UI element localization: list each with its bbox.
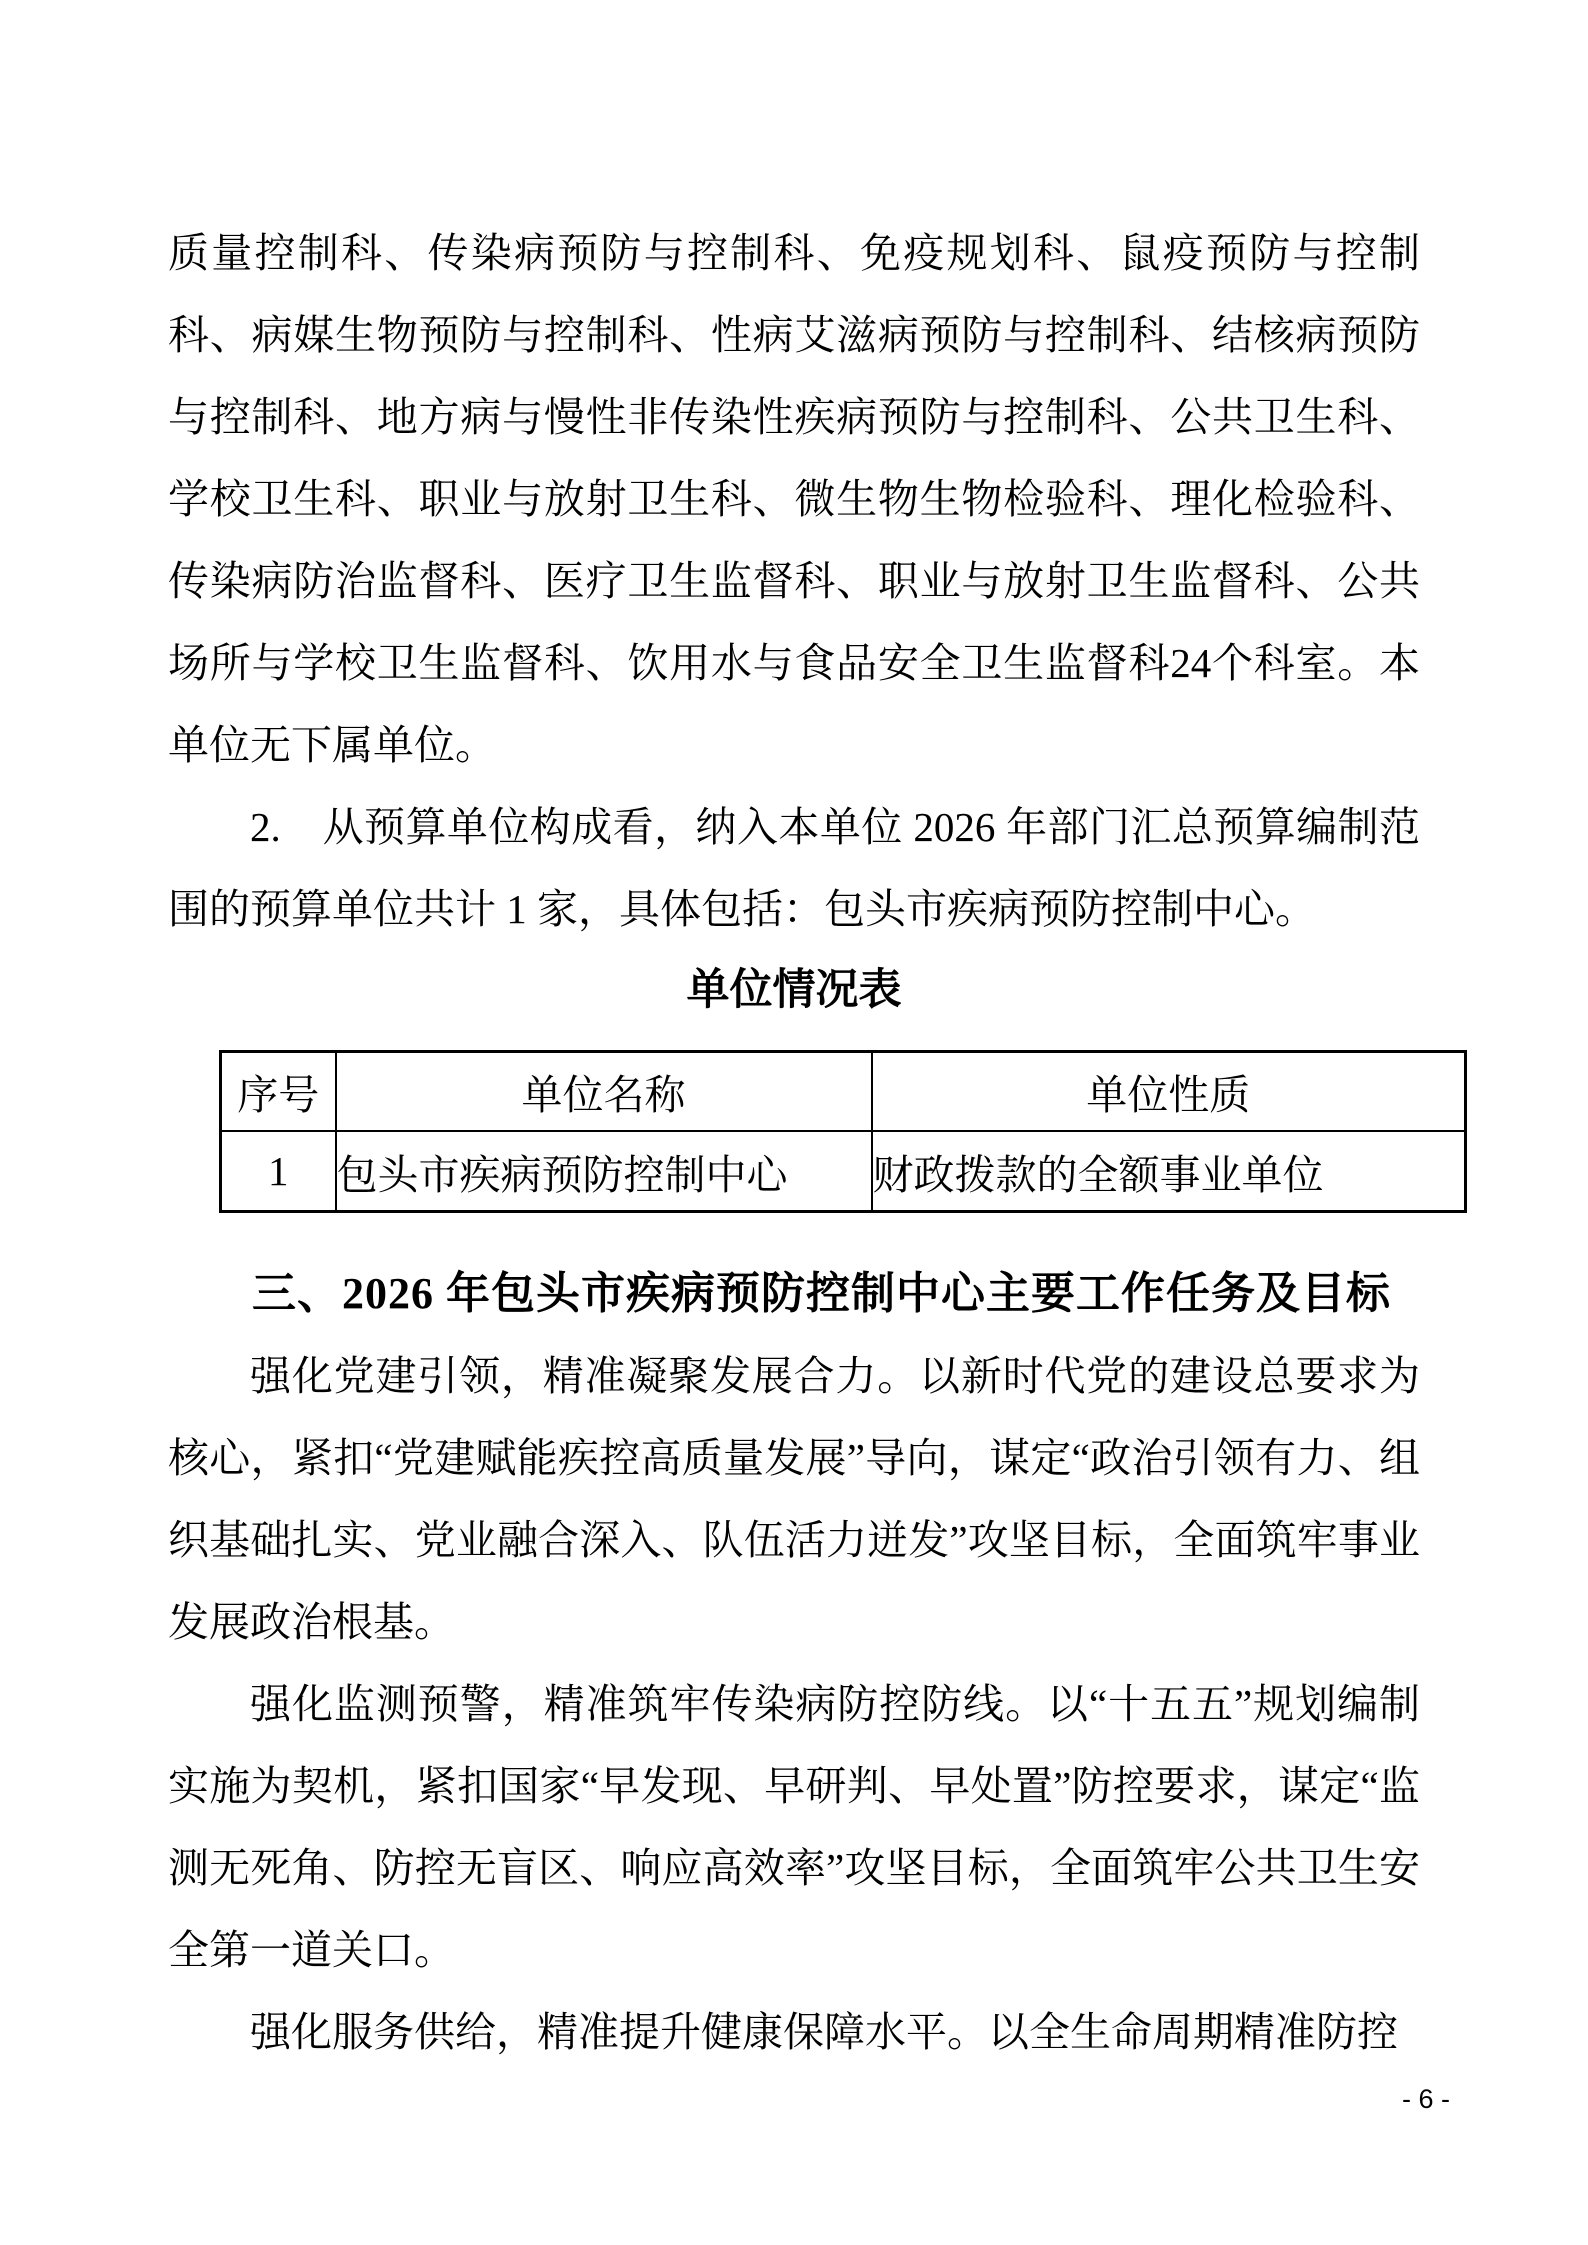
- table-row: 1 包头市疾病预防控制中心 财政拨款的全额事业单位: [221, 1131, 1466, 1212]
- unit-info-table: 序号 单位名称 单位性质 1 包头市疾病预防控制中心 财政拨款的全额事业单位: [219, 1050, 1467, 1213]
- paragraph-budget-units: 2. 从预算单位构成看，纳入本单位 2026 年部门汇总预算编制范围的预算单位共…: [168, 786, 1420, 950]
- paragraph-department-list: 质量控制科、传染病预防与控制科、免疫规划科、鼠疫预防与控制科、病媒生物预防与控制…: [168, 212, 1420, 786]
- document-page: 质量控制科、传染病预防与控制科、免疫规划科、鼠疫预防与控制科、病媒生物预防与控制…: [0, 0, 1588, 2245]
- column-header-unit-nature: 单位性质: [872, 1052, 1466, 1132]
- section-heading: 三、2026 年包头市疾病预防控制中心主要工作任务及目标: [168, 1253, 1420, 1335]
- page-number: - 6 -: [1402, 2084, 1450, 2115]
- cell-unit-nature: 财政拨款的全额事业单位: [872, 1131, 1466, 1212]
- column-header-unit-name: 单位名称: [336, 1052, 872, 1132]
- paragraph-party-building: 强化党建引领，精准凝聚发展合力。以新时代党的建设总要求为核心，紧扣“党建赋能疾控…: [168, 1335, 1420, 1663]
- paragraph-monitoring-warning: 强化监测预警，精准筑牢传染病防控防线。以“十五五”规划编制实施为契机，紧扣国家“…: [168, 1663, 1420, 1991]
- paragraph-service-supply: 强化服务供给，精准提升健康保障水平。以全生命周期精准防控: [168, 1991, 1420, 2073]
- cell-unit-name: 包头市疾病预防控制中心: [336, 1131, 872, 1212]
- cell-index: 1: [221, 1131, 336, 1212]
- table-header-row: 序号 单位名称 单位性质: [221, 1052, 1466, 1132]
- document-content: 质量控制科、传染病预防与控制科、免疫规划科、鼠疫预防与控制科、病媒生物预防与控制…: [168, 212, 1420, 2073]
- column-header-index: 序号: [221, 1052, 336, 1132]
- table-title: 单位情况表: [168, 950, 1420, 1032]
